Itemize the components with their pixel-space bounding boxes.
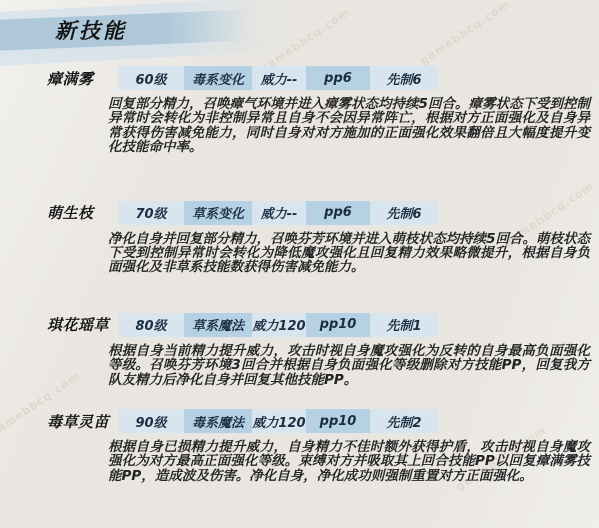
stat-priority: 先制1 [370, 313, 438, 337]
stat-type: 草系魔法 [184, 313, 252, 337]
stat-pp: pp6 [306, 201, 370, 225]
stat-pp: pp6 [306, 66, 370, 90]
stat-power: 威力120 [252, 313, 306, 337]
skill-header-row: 琪花瑶草 80级 草系魔法 威力120 pp10 先制1 [47, 313, 599, 337]
stat-type: 毒系变化 [184, 66, 252, 90]
watermark: gamebbcq.com [417, 0, 512, 68]
skill-name: 瘴满雾 [47, 68, 118, 89]
skill-description: 净化自身并回复部分精力，召唤芬芳环境并进入萌枝状态均持续5回合。萌枝状态下受到控… [108, 232, 590, 275]
skill-description: 根据自身已损精力提升威力，自身精力不佳时额外获得护盾，攻击时视自身魔攻强化为对方… [108, 440, 590, 483]
stat-priority: 先制6 [370, 66, 438, 90]
skill-header-row: 毒草灵苗 90级 毒系魔法 威力120 pp10 先制2 [47, 409, 599, 433]
skill-name: 毒草灵苗 [47, 411, 118, 432]
skill-name: 萌生枝 [47, 202, 118, 223]
skill-stat-strip: 60级 毒系变化 威力-- pp6 先制6 [118, 66, 438, 90]
skill-description: 根据自身当前精力提升威力，攻击时视自身魔攻强化为反转的自身最高负面强化等级。召唤… [108, 344, 590, 387]
skill-header-row: 瘴满雾 60级 毒系变化 威力-- pp6 先制6 [47, 66, 599, 90]
skill-stat-strip: 80级 草系魔法 威力120 pp10 先制1 [118, 313, 438, 337]
skill-block: 毒草灵苗 90级 毒系魔法 威力120 pp10 先制2 根据自身已损精力提升威… [0, 409, 599, 483]
stat-priority: 先制2 [370, 409, 438, 433]
skill-block: 瘴满雾 60级 毒系变化 威力-- pp6 先制6 回复部分精力，召唤瘴气环境并… [0, 66, 599, 155]
skill-stat-strip: 70级 草系变化 威力-- pp6 先制6 [118, 201, 438, 225]
skill-name: 琪花瑶草 [47, 314, 118, 335]
skill-block: 琪花瑶草 80级 草系魔法 威力120 pp10 先制1 根据自身当前精力提升威… [0, 313, 599, 387]
stat-power: 威力120 [252, 409, 306, 433]
stat-pp: pp10 [306, 409, 370, 433]
stat-level: 60级 [118, 66, 184, 90]
header-brush-stroke-light [0, 0, 296, 68]
new-skills-sheet: 新技能 gamebbcq.com gamebbcq.com gamebbcq.c… [0, 0, 599, 528]
skill-block: 萌生枝 70级 草系变化 威力-- pp6 先制6 净化自身并回复部分精力，召唤… [0, 201, 599, 275]
skill-description: 回复部分精力，召唤瘴气环境并进入瘴雾状态均持续5回合。瘴雾状态下受到控制异常时会… [108, 97, 590, 155]
stat-priority: 先制6 [370, 201, 438, 225]
stat-pp: pp10 [306, 313, 370, 337]
skill-stat-strip: 90级 毒系魔法 威力120 pp10 先制2 [118, 409, 438, 433]
stat-level: 70级 [118, 201, 184, 225]
stat-level: 90级 [118, 409, 184, 433]
stat-type: 草系变化 [184, 201, 252, 225]
page-title: 新技能 [55, 15, 127, 45]
stat-type: 毒系魔法 [184, 409, 252, 433]
skill-header-row: 萌生枝 70级 草系变化 威力-- pp6 先制6 [47, 201, 599, 225]
stat-level: 80级 [118, 313, 184, 337]
skill-list: 瘴满雾 60级 毒系变化 威力-- pp6 先制6 回复部分精力，召唤瘴气环境并… [0, 66, 599, 483]
stat-power: 威力-- [252, 66, 306, 90]
stat-power: 威力-- [252, 201, 306, 225]
